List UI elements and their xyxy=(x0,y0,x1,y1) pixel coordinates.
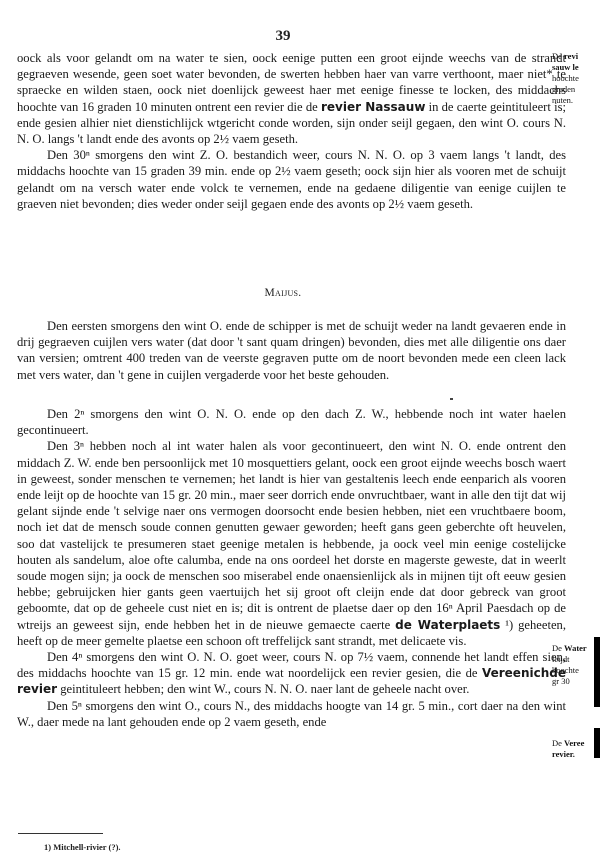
margin-note-waterplaets: De Water leijdt hoochte gr 30 xyxy=(552,643,600,687)
scan-speck xyxy=(450,398,453,400)
margin-text: nuten. xyxy=(552,95,600,106)
margin-text: De xyxy=(552,643,564,653)
paragraph-text: Den 3ⁿ hebben noch al int water halen al… xyxy=(17,439,566,631)
margin-text-bold: revi xyxy=(564,51,578,61)
footnote-divider xyxy=(18,833,103,834)
paragraph-3: Den eersten smorgens den wint O. ende de… xyxy=(17,318,566,383)
text-block-maijus: Den eersten smorgens den wint O. ende de… xyxy=(17,318,566,383)
paragraph-text: geintituleert hebben; den wint W., cours… xyxy=(57,682,469,696)
footnote-reference: ¹) xyxy=(500,618,513,632)
paragraph-1: oock als voor gelandt om na water te sie… xyxy=(17,50,566,147)
scan-edge-bar xyxy=(594,728,600,758)
margin-text: graden xyxy=(552,84,600,95)
text-block-bottom: Den 2ⁿ smorgens den wint O. N. O. ende o… xyxy=(17,406,566,730)
place-name-revier-nassauw: revier Nassauw xyxy=(321,100,425,114)
place-name-waterplaets: de Waterplaets xyxy=(395,618,500,632)
margin-text: revier. xyxy=(552,749,600,760)
paragraph-5: Den 3ⁿ hebben noch al int water halen al… xyxy=(17,438,566,649)
paragraph-2: Den 30ⁿ smorgens den wint Z. O. bestandi… xyxy=(17,147,566,212)
margin-text: sauw le xyxy=(552,62,600,73)
section-heading: Maijus. xyxy=(0,287,566,299)
margin-note-vereenichde: De Veree revier. xyxy=(552,738,600,760)
margin-text-bold: Water xyxy=(564,643,587,653)
scan-edge-bar xyxy=(594,637,600,707)
text-block-top: oock als voor gelandt om na water te sie… xyxy=(17,50,566,212)
paragraph-4: Den 2ⁿ smorgens den wint O. N. O. ende o… xyxy=(17,406,566,438)
margin-note-nassauw: De revi sauw le hoochte graden nuten. xyxy=(552,51,600,106)
margin-text: hoochte xyxy=(552,73,600,84)
margin-text: De xyxy=(552,51,564,61)
margin-text: hoochte xyxy=(552,665,600,676)
footnote: 1) Mitchell-rivier (?). xyxy=(44,842,121,852)
page-number: 39 xyxy=(0,28,566,45)
paragraph-7: Den 5ⁿ smorgens den wint O., cours N., d… xyxy=(17,698,566,730)
margin-text: leijdt xyxy=(552,654,600,665)
margin-text: gr 30 xyxy=(552,676,600,687)
margin-text: De xyxy=(552,738,564,748)
paragraph-6: Den 4ⁿ smorgens den wint O. N. O. goet w… xyxy=(17,649,566,698)
margin-text-bold: Veree xyxy=(564,738,584,748)
